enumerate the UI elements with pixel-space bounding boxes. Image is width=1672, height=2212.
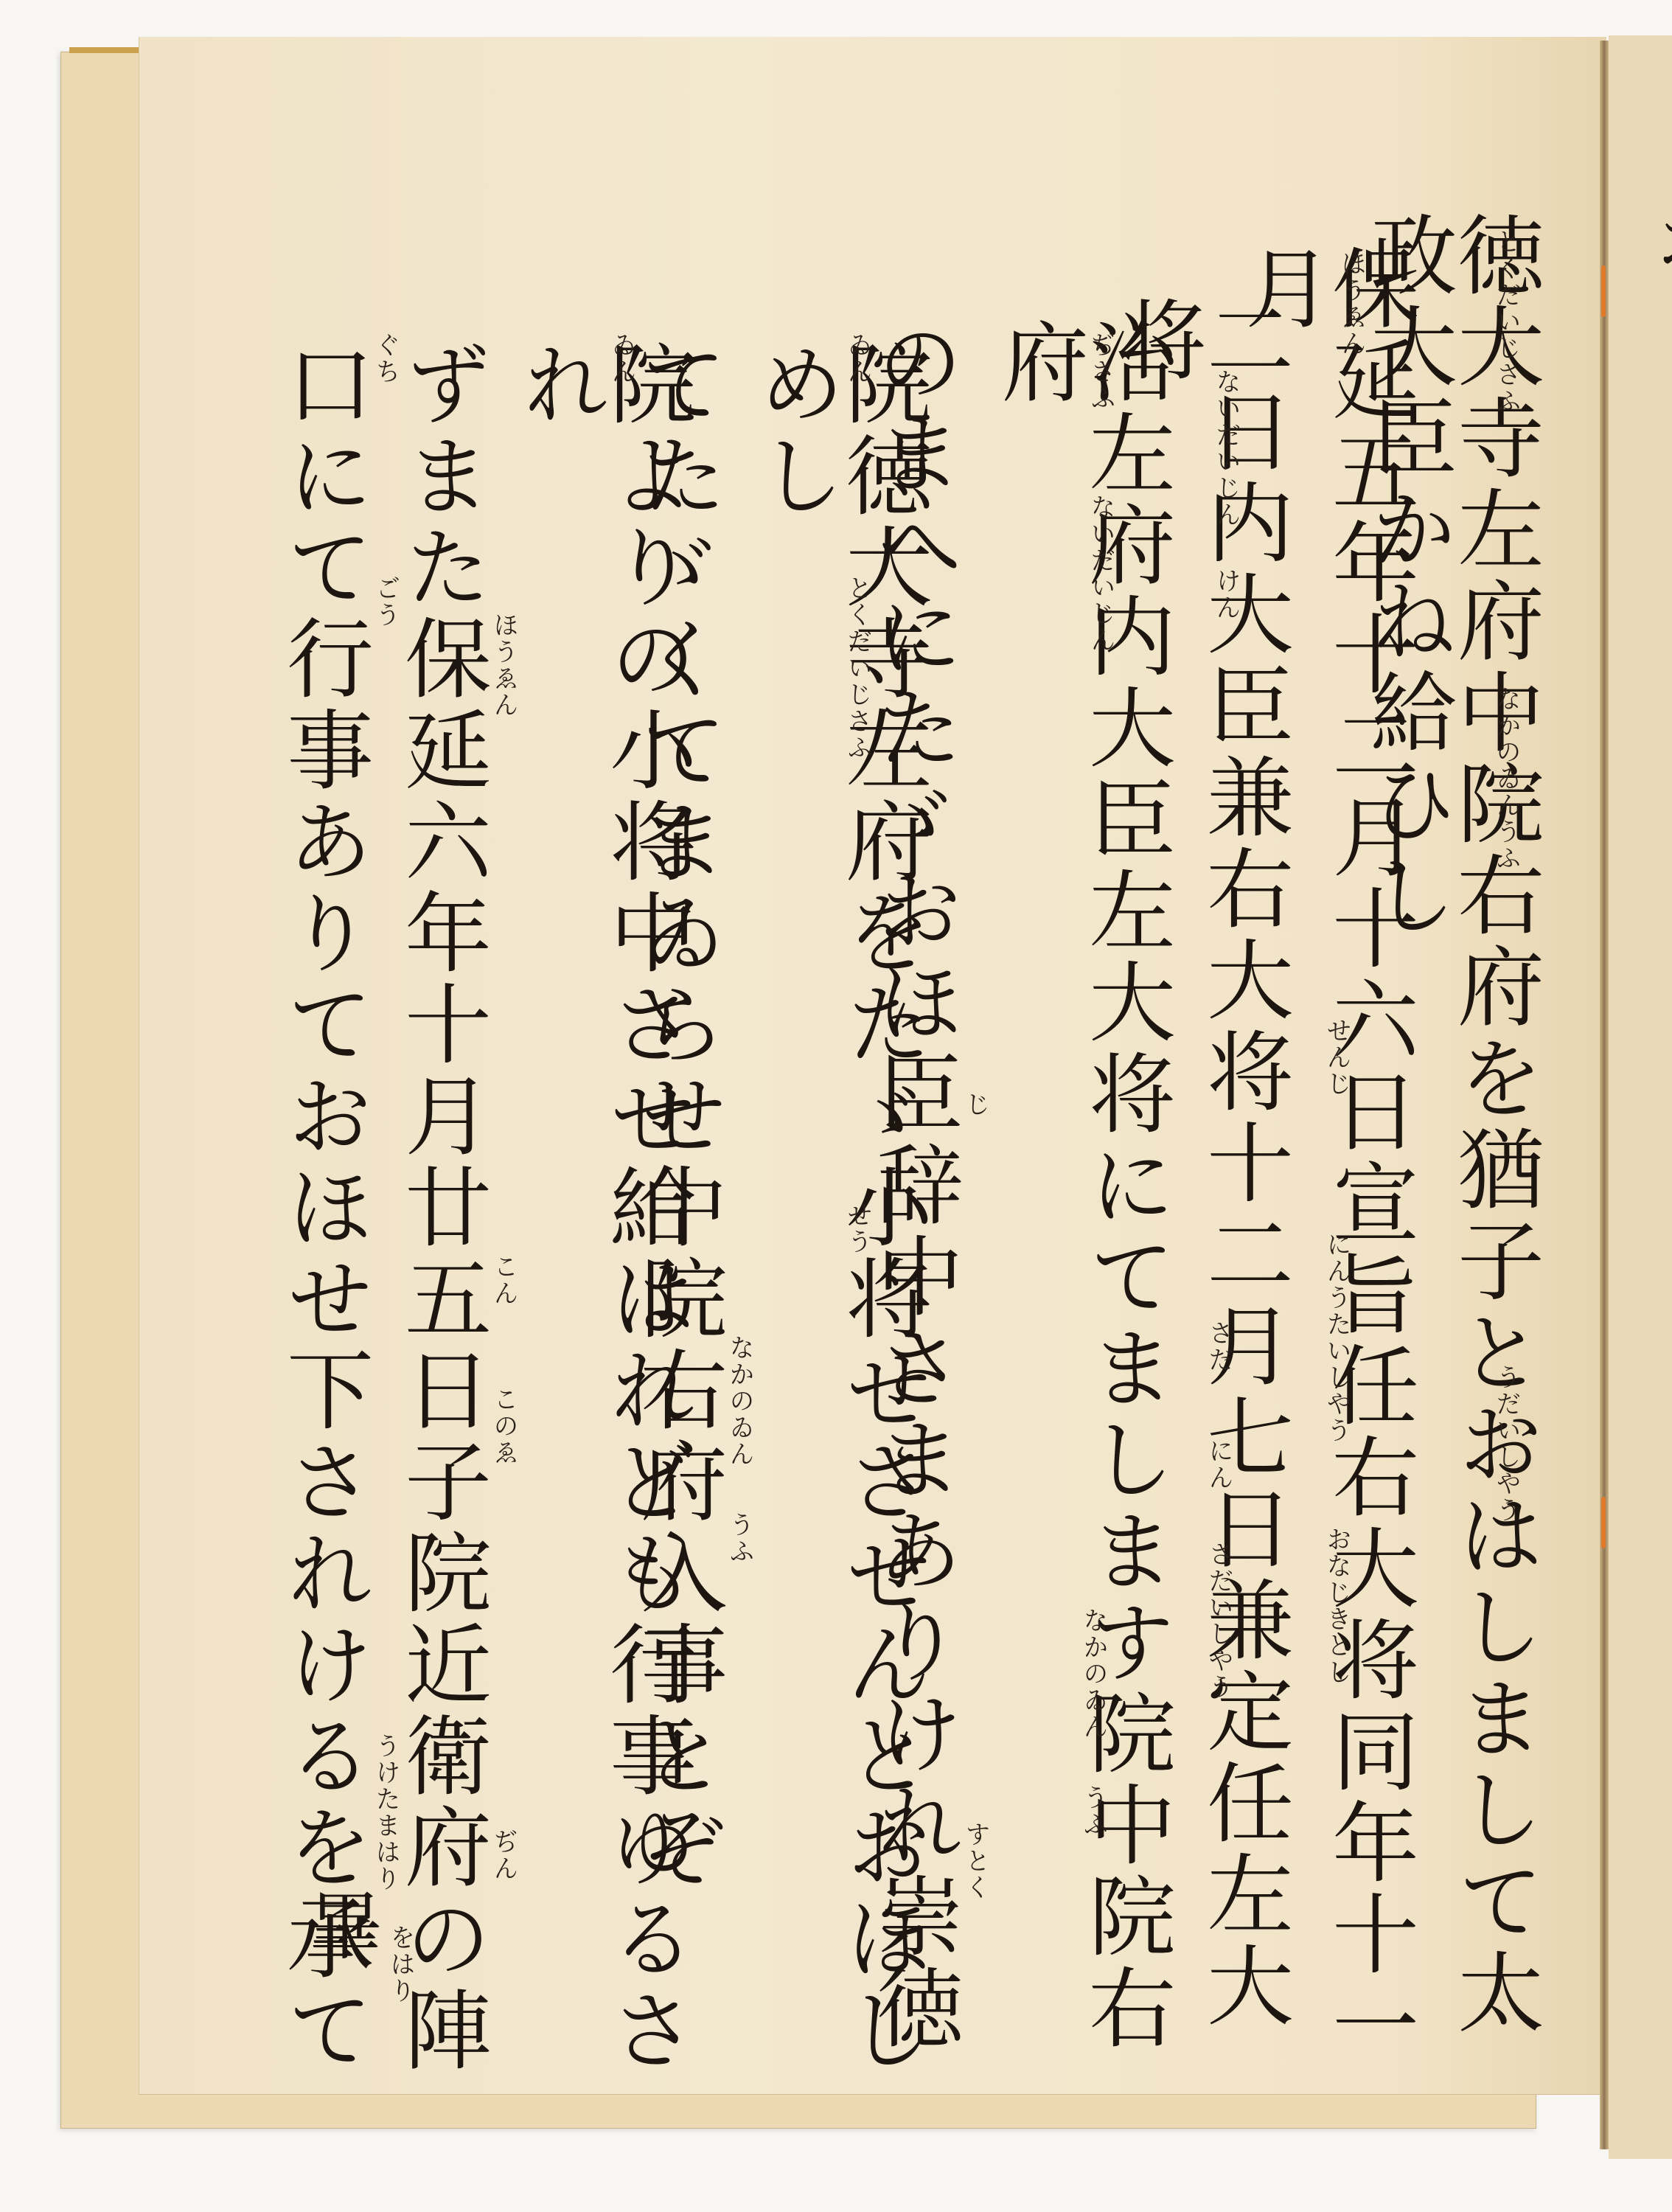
furigana-10a: ぐち	[368, 332, 404, 385]
furigana-6c: せう	[840, 1202, 876, 1255]
furigana-9a: ほうゑん	[486, 612, 522, 718]
furigana-3a: ないだいじん	[1208, 369, 1244, 528]
furigana-3d: にん	[1201, 1438, 1237, 1491]
furigana-5a: じ	[958, 1091, 994, 1118]
next-page-text: おもし	[1631, 198, 1672, 485]
furigana-10b: ごう	[368, 575, 404, 628]
furigana-1b: なかのゐんうふ	[1488, 686, 1525, 872]
furigana-2a: ほうゑん	[1334, 251, 1370, 357]
manuscript-page: 徳大寺左府中院右府を猶子とおはしまして太政大臣かね給ひし とくだいじさふ なかの…	[139, 37, 1606, 2095]
furigana-3e: さだいしやう	[1201, 1541, 1237, 1700]
text-column-8: 院よりの小将中させ給はれども行事ゆるされ	[515, 339, 689, 2094]
furigana-6a: ゐん	[840, 332, 876, 385]
furigana-9c: このゑ	[486, 1386, 522, 1466]
furigana-3c: さだ	[1201, 1320, 1237, 1373]
furigana-6b: とくだいじさふ	[840, 575, 876, 761]
furigana-1c: うだいしやう	[1488, 1364, 1525, 1523]
furigana-8a: ゐん	[604, 332, 640, 385]
furigana-4d: うふ	[1076, 1784, 1112, 1837]
furigana-4a: ぢさふ	[1083, 332, 1119, 411]
binding-thread-middle	[1601, 1497, 1606, 1548]
text-column-11: 畢	[302, 1888, 375, 1966]
furigana-3b: けん	[1208, 568, 1244, 621]
furigana-7b: うふ	[722, 1512, 758, 1565]
furigana-2c: にんうたいしやう	[1319, 1231, 1355, 1444]
text-column-6: 院徳大寺左府をたゞ小将せさせんとおほしめし	[751, 339, 925, 2094]
furigana-4b: ないだいじん	[1083, 494, 1119, 653]
furigana-10c: うけたまはり	[368, 1733, 404, 1892]
book-gutter	[1600, 41, 1609, 2149]
furigana-9d: ぢん	[486, 1829, 522, 1882]
text-column-10: 口にて行事ありておほせ下されけるを承て	[279, 339, 366, 2076]
next-page-edge: おもし	[1609, 35, 1672, 2159]
furigana-2d: おなじきとし	[1319, 1526, 1355, 1686]
gilt-edge	[69, 47, 143, 53]
binding-thread-top	[1601, 265, 1606, 317]
furigana-5b: すとく	[958, 1821, 994, 1901]
furigana-2b: せんじ	[1319, 1018, 1355, 1097]
furigana-9b: こん	[486, 1253, 522, 1307]
furigana-1a: とくだいじさふ	[1488, 229, 1525, 414]
furigana-7a: なかのゐん	[722, 1335, 758, 1467]
furigana-4c: なかのゐん	[1076, 1607, 1112, 1740]
furigana-11a: をはり	[383, 1924, 419, 2004]
text-column-9: ずまた保延六年十月廿五日子院近衛府の陣	[397, 339, 484, 2076]
